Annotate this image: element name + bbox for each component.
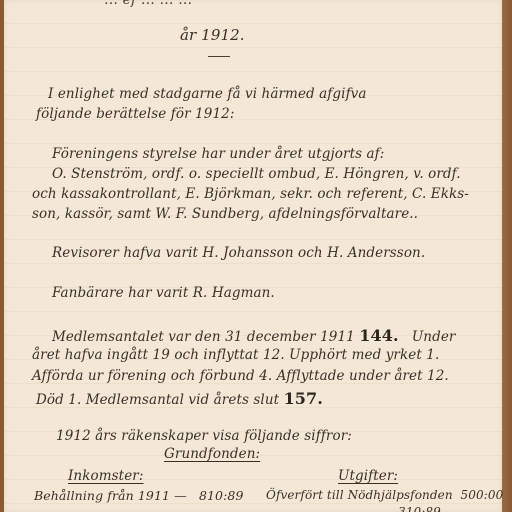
membership-line-1: Medlemsantalet var den 31 december 1911 … xyxy=(52,326,456,345)
membership-line-3: Affördа ur förening och förbund 4. Affly… xyxy=(32,368,449,384)
accounts-intro: 1912 års räkenskaper visa följande siffr… xyxy=(56,428,352,444)
expense-row-amount: 310:89 xyxy=(398,505,441,512)
board-line-1: Föreningens styrelse har under året utgj… xyxy=(52,146,384,162)
title-heading-partial: … ef … … … xyxy=(104,0,192,8)
backing-board-right xyxy=(502,0,512,512)
membership-start-count: 144. xyxy=(359,326,398,345)
intro-line-1: I enlighet med stadgarne få vi härmed af… xyxy=(48,86,367,102)
income-row-amount: 810:89 xyxy=(199,488,244,503)
membership-start-text: Medlemsantalet var den 31 december 1911 xyxy=(52,329,355,345)
intro-line-2: följande berättelse för 1912: xyxy=(36,106,234,122)
year-heading: år 1912. xyxy=(180,26,245,44)
membership-end-count: 157. xyxy=(284,389,323,408)
expense-row-label: Öfverfört till Nödhjälpsfonden xyxy=(266,488,453,502)
standard-bearer-line: Fanbärare har varit R. Hagman. xyxy=(52,285,275,301)
income-header: Inkomster: xyxy=(68,468,143,484)
membership-line-2: året hafva ingått 19 och inflyttat 12. U… xyxy=(32,347,439,363)
membership-line-4: Död 1. Medlemsantal vid årets slut 157. xyxy=(36,389,323,408)
expense-row: Öfverfört till Nödhjälpsfonden 500:00 xyxy=(266,488,503,502)
heading-divider xyxy=(208,56,230,57)
board-line-4: son, kassör, samt W. F. Sundberg, afdeln… xyxy=(32,206,418,222)
board-line-3: och kassakontrollant, E. Björkman, sekr.… xyxy=(32,186,469,202)
expense-header: Utgifter: xyxy=(338,468,398,484)
membership-line-1-tail: Under xyxy=(412,329,456,345)
expense-row-label: … … … … … xyxy=(314,505,390,512)
income-row-label: Behållning från 1911 — xyxy=(34,488,187,503)
expense-row: … … … … … 310:89 xyxy=(314,505,441,512)
board-line-2: O. Stenström, ordf. o. speciellt ombud, … xyxy=(52,166,461,182)
membership-end-text: Död 1. Medlemsantal vid årets slut xyxy=(36,392,279,408)
manuscript-page: … ef … … … år 1912. I enlighet med stadg… xyxy=(4,0,502,512)
auditors-line: Revisorer hafva varit H. Johansson och H… xyxy=(52,245,425,261)
expense-row-amount: 500:00 xyxy=(461,488,504,502)
fund-title: Grundfonden: xyxy=(164,446,260,462)
income-row: Behållning från 1911 — 810:89 xyxy=(34,488,244,503)
